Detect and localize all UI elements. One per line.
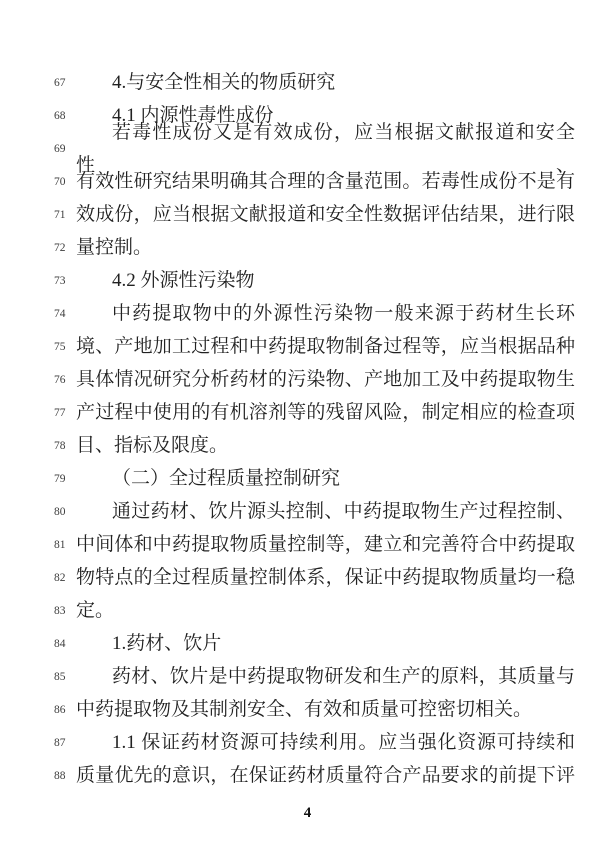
document-line: 69若毒性成份又是有效成份，应当根据文献报道和安全性、 — [0, 132, 615, 165]
line-text: 效成份，应当根据文献报道和安全性数据评估结果，进行限 — [76, 198, 575, 231]
document-line: 85药材、饮片是中药提取物研发和生产的原料，其质量与 — [0, 660, 615, 693]
document-line: 75境、产地加工过程和中药提取物制备过程等，应当根据品种 — [0, 330, 615, 363]
document-line: 79（二）全过程质量控制研究 — [0, 462, 615, 495]
document-line: 72量控制。 — [0, 231, 615, 264]
line-number: 69 — [54, 143, 76, 155]
line-text: 4.2 外源性污染物 — [76, 264, 575, 297]
line-number: 72 — [54, 242, 76, 254]
line-number: 78 — [54, 440, 76, 452]
page-number: 4 — [0, 805, 615, 822]
document-line: 70有效性研究结果明确其合理的含量范围。若毒性成份不是有 — [0, 165, 615, 198]
line-number: 74 — [54, 308, 76, 320]
line-text: 境、产地加工过程和中药提取物制备过程等，应当根据品种 — [76, 330, 575, 363]
line-text: 药材、饮片是中药提取物研发和生产的原料，其质量与 — [76, 660, 575, 693]
line-text: 1.药材、饮片 — [76, 627, 575, 660]
line-number: 79 — [54, 473, 76, 485]
line-text: 通过药材、饮片源头控制、中药提取物生产过程控制、 — [76, 495, 575, 528]
document-line: 78目、指标及限度。 — [0, 429, 615, 462]
line-number: 77 — [54, 407, 76, 419]
document-line: 77产过程中使用的有机溶剂等的残留风险，制定相应的检查项 — [0, 396, 615, 429]
line-text: 目、指标及限度。 — [76, 429, 575, 462]
document-line: 82物特点的全过程质量控制体系，保证中药提取物质量均一稳 — [0, 561, 615, 594]
line-text: 量控制。 — [76, 231, 575, 264]
line-text: 质量优先的意识，在保证药材质量符合产品要求的前提下评 — [76, 759, 575, 792]
line-number: 88 — [54, 770, 76, 782]
line-number: 86 — [54, 704, 76, 716]
line-number: 75 — [54, 341, 76, 353]
line-text: 具体情况研究分析药材的污染物、产地加工及中药提取物生 — [76, 363, 575, 396]
line-text: 1.1 保证药材资源可持续利用。应当强化资源可持续和 — [76, 726, 575, 759]
line-text: 中药提取物及其制剂安全、有效和质量可控密切相关。 — [76, 693, 575, 726]
line-number: 73 — [54, 275, 76, 287]
document-line: 81中间体和中药提取物质量控制等，建立和完善符合中药提取 — [0, 528, 615, 561]
line-number: 76 — [54, 374, 76, 386]
line-number: 87 — [54, 737, 76, 749]
line-number: 68 — [54, 110, 76, 122]
document-page: 674.与安全性相关的物质研究684.1 内源性毒性成份69若毒性成份又是有效成… — [0, 0, 615, 844]
line-number: 67 — [54, 77, 76, 89]
document-line: 76具体情况研究分析药材的污染物、产地加工及中药提取物生 — [0, 363, 615, 396]
line-text: 有效性研究结果明确其合理的含量范围。若毒性成份不是有 — [76, 165, 575, 198]
line-text: 定。 — [76, 594, 575, 627]
document-line: 86中药提取物及其制剂安全、有效和质量可控密切相关。 — [0, 693, 615, 726]
line-number: 83 — [54, 605, 76, 617]
line-number: 71 — [54, 209, 76, 221]
line-number: 82 — [54, 572, 76, 584]
line-number: 81 — [54, 539, 76, 551]
line-number: 84 — [54, 638, 76, 650]
line-text: 4.与安全性相关的物质研究 — [76, 66, 575, 99]
line-text: （二）全过程质量控制研究 — [76, 462, 575, 495]
document-body: 674.与安全性相关的物质研究684.1 内源性毒性成份69若毒性成份又是有效成… — [0, 66, 615, 792]
line-number: 80 — [54, 506, 76, 518]
line-text: 物特点的全过程质量控制体系，保证中药提取物质量均一稳 — [76, 561, 575, 594]
line-text: 产过程中使用的有机溶剂等的残留风险，制定相应的检查项 — [76, 396, 575, 429]
document-line: 871.1 保证药材资源可持续利用。应当强化资源可持续和 — [0, 726, 615, 759]
document-line: 674.与安全性相关的物质研究 — [0, 66, 615, 99]
line-text: 中间体和中药提取物质量控制等，建立和完善符合中药提取 — [76, 528, 575, 561]
document-line: 80通过药材、饮片源头控制、中药提取物生产过程控制、 — [0, 495, 615, 528]
document-line: 71效成份，应当根据文献报道和安全性数据评估结果，进行限 — [0, 198, 615, 231]
line-number: 70 — [54, 176, 76, 188]
document-line: 88质量优先的意识，在保证药材质量符合产品要求的前提下评 — [0, 759, 615, 792]
line-number: 85 — [54, 671, 76, 683]
line-text: 中药提取物中的外源性污染物一般来源于药材生长环 — [76, 297, 575, 330]
document-line: 841.药材、饮片 — [0, 627, 615, 660]
document-line: 74中药提取物中的外源性污染物一般来源于药材生长环 — [0, 297, 615, 330]
document-line: 734.2 外源性污染物 — [0, 264, 615, 297]
document-line: 83定。 — [0, 594, 615, 627]
